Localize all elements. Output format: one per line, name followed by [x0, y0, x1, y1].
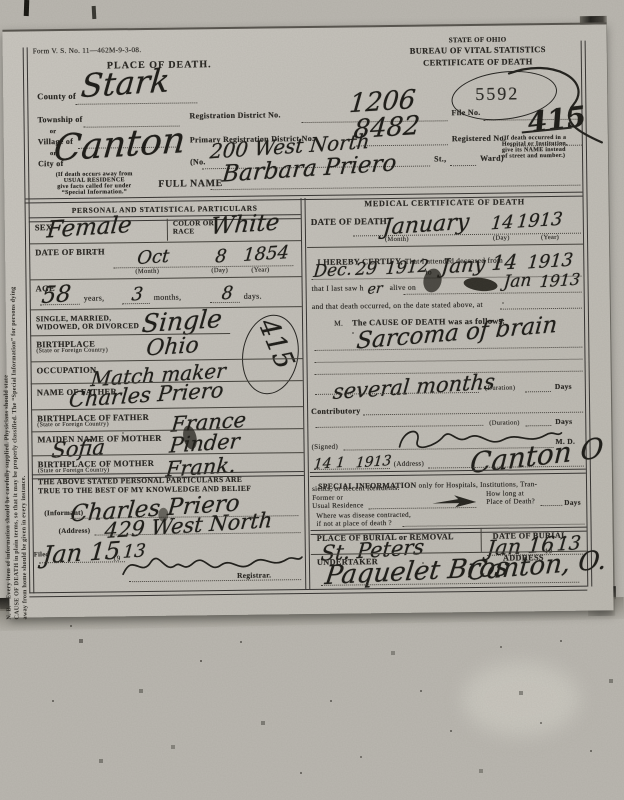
last-saw-year: 1913: [539, 270, 581, 292]
registrar-signature: [119, 546, 305, 582]
how-long-label-2: Place of Death?: [486, 497, 535, 506]
marital-label-2: WIDOWED, OR DIVORCED: [36, 321, 139, 331]
dob-year-caption: (Year): [251, 266, 269, 273]
duration-value: several months: [332, 369, 496, 404]
duration-days-label: Days: [555, 382, 572, 391]
date-of-birth-label: DATE OF BIRTH: [35, 246, 105, 257]
state-line2: BUREAU OF VITAL STATISTICS: [375, 44, 581, 57]
registered-no-value: 415: [526, 100, 588, 140]
how-long-days-label: Days: [564, 498, 581, 507]
dod-year-value: 1913: [516, 209, 564, 233]
death-occurred-text: and that death occurred, on the date sta…: [312, 300, 483, 311]
special-info-line2: sients, or Recent Residents.: [312, 484, 400, 493]
last-saw-post: alive on: [390, 283, 416, 292]
ink-blot: [463, 276, 498, 293]
certificate-paper: N. B.—Every item of information should b…: [2, 22, 613, 617]
dod-day-value: 14: [490, 212, 515, 235]
scan-specks: [0, 0, 2, 2]
dob-day-caption: (Day): [211, 267, 228, 274]
signed-address-caption: (Address): [394, 460, 424, 468]
column-divider: [301, 198, 310, 589]
registered-no-label: Registered No.: [452, 134, 506, 144]
township-label: Township of: [37, 115, 82, 125]
m-label: M.: [334, 319, 343, 328]
informant-address-label: (Address): [59, 527, 91, 535]
birthplace-caption: (State or Foreign Country): [36, 347, 108, 354]
occupation-label: OCCUPATION: [37, 365, 97, 376]
registration-district-label: Registration District No.: [189, 110, 280, 120]
where-contracted-line2: if not at place of death ?: [316, 519, 392, 528]
dod-month-caption: (Month): [385, 236, 409, 243]
staple-mark: [24, 0, 30, 16]
age-years-caption: years,: [84, 293, 105, 302]
age-days-caption: days.: [244, 292, 262, 301]
date-of-death-label: DATE OF DEATH: [311, 216, 387, 227]
city-value: Canton: [52, 120, 187, 170]
dod-year-caption: (Year): [541, 234, 559, 241]
signed-label: (Signed): [312, 443, 339, 451]
street-no-label: (No.: [190, 157, 206, 166]
hospital-note: (If death occurred in a Hospital or Inst…: [502, 134, 594, 159]
county-label: County of: [37, 91, 76, 101]
street-st-label: St.,: [434, 154, 446, 163]
special-info-rest: only for Hospitals, Institutions, Tran-: [416, 480, 537, 489]
dob-year-value: 1854: [242, 242, 290, 266]
filed-date-value: Jan 15: [42, 536, 122, 569]
age-months-caption: months,: [154, 293, 182, 302]
form-number: Form V. S. No. 11—462M-9-3-08.: [33, 46, 142, 55]
color-race-label-2: RACE: [173, 227, 195, 235]
staple-mark: [92, 6, 97, 19]
sex-value: Female: [46, 212, 133, 244]
arrow-mark: [430, 494, 478, 509]
signed-date-value: 14 1: [313, 455, 346, 473]
birthplace-value: Ohio: [145, 333, 200, 362]
duration-caption: (Duration): [485, 384, 516, 391]
father-birthplace-caption: (State or Foreign Country): [37, 421, 109, 428]
usual-residence-note: (If death occurs away from USUAL RESIDEN…: [32, 171, 156, 197]
ward-label: Ward): [480, 154, 504, 163]
last-saw-fill: er: [367, 281, 383, 298]
color-race-label-1: COLOR OR: [173, 219, 214, 228]
county-value: Stark: [79, 61, 171, 105]
contributory-label: Contributory: [311, 406, 360, 416]
color-race-value: White: [210, 209, 281, 240]
scanned-death-certificate: N. B.—Every item of information should b…: [0, 0, 624, 800]
last-saw-date: Jan: [503, 270, 533, 292]
former-residence-label-2: Usual Residence: [312, 501, 363, 510]
dob-month-caption: (Month): [135, 268, 159, 275]
last-saw-pre: that I last saw h: [312, 283, 364, 293]
scan-light-blob: [462, 662, 580, 736]
dod-day-caption: (Day): [493, 235, 510, 242]
